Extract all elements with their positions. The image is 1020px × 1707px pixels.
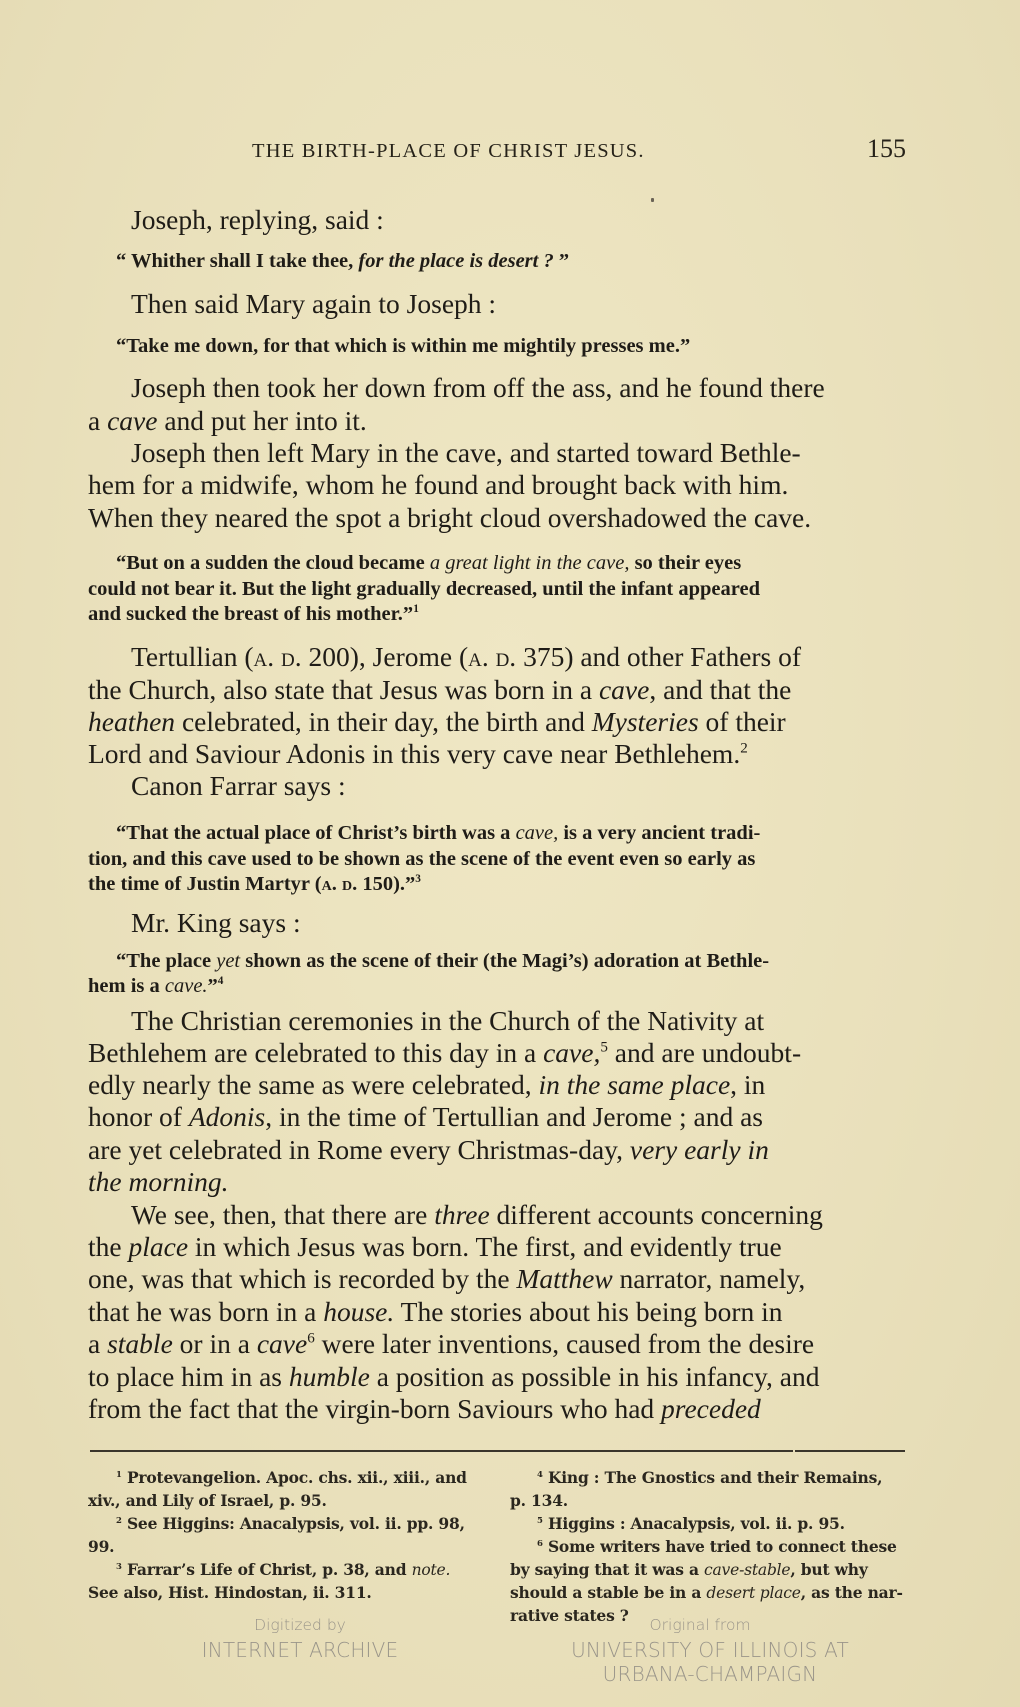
era-abbrev: a. d.: [468, 641, 516, 672]
footnote-number: 3: [116, 1562, 122, 1572]
footnote-number: 6: [537, 1539, 543, 1549]
quote-text: 150).”: [357, 873, 415, 895]
paragraph-tertullian-line1: Tertullian (a. d. 200), Jerome (a. d. 37…: [131, 641, 801, 673]
paragraph-left-mary-line1: Joseph then left Mary in the cave, and s…: [131, 437, 801, 469]
line-text: to place him in as: [88, 1361, 289, 1392]
footnote-text: Farrar’s Life of Christ, p. 38, and: [127, 1560, 412, 1579]
line-text: 200), Jerome (: [302, 641, 468, 672]
emphasis-morning: the morning.: [88, 1166, 229, 1197]
running-title: THE BIRTH-PLACE OF CHRIST JESUS.: [252, 140, 645, 163]
footnote-1: 1 Protevangelion. Apoc. chs. xii., xiii.…: [116, 1468, 467, 1487]
paragraph-ceremonies-line6: the morning.: [88, 1166, 229, 1198]
emphasis-heathen: heathen: [88, 706, 175, 737]
quote-king-line1: “The place yet shown as the scene of the…: [116, 950, 769, 973]
footnote-ref[interactable]: 2: [740, 740, 748, 756]
paragraph-ceremonies-line3: edly nearly the same as were celebrated,…: [88, 1069, 765, 1101]
line-text: The stories about his being born in: [394, 1296, 782, 1327]
paragraph-three-accounts-line1: We see, then, that there are three diffe…: [131, 1199, 823, 1231]
footnote-ref[interactable]: 4: [218, 975, 224, 987]
quote-text: ”: [208, 975, 218, 997]
footnote-number: 1: [116, 1470, 122, 1480]
quote-text: the time of Justin Martyr (: [88, 873, 322, 895]
paragraph-three-accounts-line5: a stable or in a cave6 were later invent…: [88, 1328, 814, 1360]
line-text: and are undoubt-: [608, 1037, 801, 1068]
footnote-2: 2 See Higgins: Anacalypsis, vol. ii. pp.…: [116, 1514, 465, 1533]
paragraph-tertullian-line2: the Church, also state that Jesus was bo…: [88, 674, 791, 706]
footnote-3: 3 Farrar’s Life of Christ, p. 38, and no…: [116, 1560, 450, 1579]
emphasis-cave: cave,: [543, 1037, 600, 1068]
paragraph-tertullian-line4: Lord and Saviour Adonis in this very cav…: [88, 738, 748, 770]
emphasis-place: place: [128, 1231, 188, 1262]
paragraph-took-her-down-line2: a cave and put her into it.: [88, 405, 367, 437]
watermark-university: UNIVERSITY OF ILLINOIS AT: [560, 1638, 860, 1662]
line-text: edly nearly the same as were celebrated,: [88, 1069, 538, 1100]
paragraph-ceremonies-line4: honor of Adonis, in the time of Tertulli…: [88, 1101, 763, 1133]
line-text: or in a: [173, 1328, 257, 1359]
quote-text: “The place: [116, 950, 216, 972]
line-text: Bethlehem are celebrated to this day in …: [88, 1037, 543, 1068]
book-page: THE BIRTH-PLACE OF CHRIST JESUS. 155 Jos…: [0, 0, 1020, 1707]
emphasis-house: house.: [323, 1296, 394, 1327]
paragraph-three-accounts-line2: the place in which Jesus was born. The f…: [88, 1231, 782, 1263]
quote-text: is a very ancient tradi-: [558, 822, 760, 844]
quote-text: so their eyes: [629, 552, 741, 574]
footnote-number: 2: [116, 1516, 122, 1526]
emphasis-cave: cave: [599, 674, 649, 705]
quote-sudden-line2: could not bear it. But the light gradual…: [88, 578, 760, 601]
footnote-text: Some writers have tried to connect these: [548, 1537, 897, 1556]
emphasis-preceded: preceded: [661, 1393, 761, 1424]
line-text: the Church, also state that Jesus was bo…: [88, 674, 599, 705]
line-text: different accounts concerning: [490, 1199, 823, 1230]
emphasis-very-early: very early in: [630, 1134, 769, 1165]
quote-farrar-line1: “That the actual place of Christ’s birth…: [116, 822, 760, 845]
footnote-text: See Higgins: Anacalypsis, vol. ii. pp. 9…: [127, 1514, 465, 1533]
footnote-3-cont: See also, Hist. Hindostan, ii. 311.: [88, 1583, 372, 1602]
footnote-italic: cave-stable: [704, 1561, 790, 1579]
paragraph-left-mary-line2: hem for a midwife, whom he found and bro…: [88, 469, 788, 501]
line-text: and put her into it.: [157, 405, 366, 436]
watermark-digitized-by: Digitized by: [210, 1616, 390, 1634]
line-text: a: [88, 1328, 107, 1359]
quote-king-line2: hem is a cave.”4: [88, 975, 223, 998]
footnote-4-cont: p. 134.: [510, 1491, 568, 1510]
line-text: Joseph then took her down from off the a…: [131, 372, 825, 404]
quote-text: “But on a sudden the cloud became: [116, 552, 430, 574]
emphasis-same-place: in the same place: [538, 1069, 730, 1100]
line-text: of their: [699, 706, 786, 737]
line-text: one, was that which is recorded by the: [88, 1263, 516, 1294]
quote-sudden-line1: “But on a sudden the cloud became a grea…: [116, 552, 741, 575]
line-text: narrator, namely,: [613, 1263, 806, 1294]
quote-text: “ Whither shall I take thee,: [116, 250, 358, 272]
footnote-6-line2: by saying that it was a cave-stable, but…: [510, 1560, 868, 1579]
footnote-5: 5 Higgins : Anacalypsis, vol. ii. p. 95.: [537, 1514, 845, 1533]
footnote-text: King : The Gnostics and their Remains,: [548, 1468, 882, 1487]
quote-sudden-line3: and sucked the breast of his mother.”1: [88, 603, 419, 626]
footnote-italic: note.: [412, 1561, 451, 1579]
paragraph-ceremonies-line2: Bethlehem are celebrated to this day in …: [88, 1037, 801, 1069]
watermark-campus: URBANA-CHAMPAIGN: [560, 1662, 860, 1686]
quote-farrar-line2: tion, and this cave used to be shown as …: [88, 848, 755, 871]
footnote-italic: desert place: [706, 1584, 800, 1602]
footnote-divider: [90, 1450, 793, 1452]
footnote-6-line3: should a stable be in a desert place, as…: [510, 1583, 903, 1602]
emphasis-humble: humble: [289, 1361, 370, 1392]
footnote-number: 5: [537, 1516, 543, 1526]
quote-italic: yet: [216, 950, 240, 972]
line-text: , in the time of Tertullian and Jerome ;…: [265, 1101, 763, 1132]
footnote-ref[interactable]: 1: [413, 603, 419, 615]
watermark-original-from: Original from: [610, 1616, 790, 1634]
footnote-text: , as the nar-: [801, 1583, 903, 1602]
paragraph-joseph-replying: Joseph, replying, said :: [131, 204, 384, 236]
paragraph-canon-farrar: Canon Farrar says :: [131, 770, 346, 802]
quote-text: “That the actual place of Christ’s birth…: [116, 822, 516, 844]
paragraph-left-mary-line3: When they neared the spot a bright cloud…: [88, 502, 811, 534]
footnote-text: should a stable be in a: [510, 1583, 706, 1602]
line-text: Tertullian (: [131, 641, 254, 672]
line-text: , and that the: [649, 674, 791, 705]
line-text: in which Jesus was born. The first, and …: [188, 1231, 782, 1262]
paragraph-three-accounts-line3: one, was that which is recorded by the M…: [88, 1263, 805, 1295]
footnote-6: 6 Some writers have tried to connect the…: [537, 1537, 897, 1556]
footnote-text: Protevangelion. Apoc. chs. xii., xiii., …: [127, 1468, 467, 1487]
line-text: from the fact that the virgin-born Savio…: [88, 1393, 661, 1424]
quote-italic: a great light in the cave,: [430, 552, 630, 574]
quote-text: shown as the scene of their (the Magi’s)…: [240, 950, 769, 972]
line-text: Lord and Saviour Adonis in this very cav…: [88, 738, 740, 769]
footnote-text: Higgins : Anacalypsis, vol. ii. p. 95.: [548, 1514, 845, 1533]
line-text: were later inventions, caused from the d…: [315, 1328, 814, 1359]
quote-italic: cave.: [165, 975, 208, 997]
footnote-ref[interactable]: 6: [307, 1330, 315, 1346]
line-text: celebrated, in their day, the birth and: [175, 706, 592, 737]
quote-close: ”: [554, 250, 569, 272]
paragraph-tertullian-line3: heathen celebrated, in their day, the bi…: [88, 706, 786, 738]
footnote-text: by saying that it was a: [510, 1560, 704, 1579]
paragraph-three-accounts-line6: to place him in as humble a position as …: [88, 1361, 819, 1393]
quote-italic: for the place is desert ?: [358, 250, 553, 272]
paragraph-three-accounts-line7: from the fact that the virgin-born Savio…: [88, 1393, 761, 1425]
emphasis-mysteries: Mysteries: [592, 706, 699, 737]
footnote-4: 4 King : The Gnostics and their Remains,: [537, 1468, 882, 1487]
emphasis-three: three: [434, 1199, 489, 1230]
line-text: a: [88, 405, 107, 436]
quote-text: and sucked the breast of his mother.”: [88, 603, 413, 625]
footnote-text: , but why: [790, 1560, 867, 1579]
paragraph-mr-king: Mr. King says :: [131, 907, 301, 939]
page-number: 155: [867, 134, 906, 164]
line-text: 375) and other Fathers of: [516, 641, 801, 672]
quote-take-me-down: “Take me down, for that which is within …: [116, 335, 690, 358]
line-text: are yet celebrated in Rome every Christm…: [88, 1134, 630, 1165]
paragraph-mary-again: Then said Mary again to Joseph :: [131, 288, 496, 320]
footnote-ref[interactable]: 5: [600, 1039, 608, 1055]
footnote-ref[interactable]: 3: [415, 873, 421, 885]
emphasis-cave: cave: [257, 1328, 307, 1359]
emphasis-adonis: Adonis: [189, 1101, 265, 1132]
emphasis-matthew: Matthew: [516, 1263, 612, 1294]
quote-italic: cave,: [516, 822, 559, 844]
line-text: We see, then, that there are: [131, 1199, 434, 1230]
line-text: that he was born in a: [88, 1296, 323, 1327]
paragraph-took-her-down-line1: Joseph then took her down from off the a…: [131, 372, 912, 404]
footnote-2-cont: 99.: [88, 1537, 114, 1556]
watermark-internet-archive: INTERNET ARCHIVE: [180, 1638, 420, 1662]
paragraph-ceremonies-line1: The Christian ceremonies in the Church o…: [131, 1005, 764, 1037]
era-abbrev: a. d.: [254, 641, 302, 672]
paper-speck: [651, 198, 654, 202]
quote-text: hem is a: [88, 975, 165, 997]
era-abbrev: a. d.: [322, 873, 358, 895]
footnote-number: 4: [537, 1470, 543, 1480]
emphasis-stable: stable: [107, 1328, 173, 1359]
line-text: , in: [730, 1069, 765, 1100]
line-text: honor of: [88, 1101, 189, 1132]
line-text: the: [88, 1231, 128, 1262]
line-text: a position as possible in his infancy, a…: [370, 1361, 820, 1392]
paragraph-three-accounts-line4: that he was born in a house. The stories…: [88, 1296, 783, 1328]
quote-farrar-line3: the time of Justin Martyr (a. d. 150).”3: [88, 873, 421, 896]
paragraph-ceremonies-line5: are yet celebrated in Rome every Christm…: [88, 1134, 769, 1166]
quote-whither: “ Whither shall I take thee, for the pla…: [116, 250, 569, 273]
footnote-1-cont: xiv., and Lily of Israel, p. 95.: [88, 1491, 327, 1510]
emphasis-cave: cave: [107, 405, 157, 436]
footnote-divider-right: [795, 1450, 905, 1452]
